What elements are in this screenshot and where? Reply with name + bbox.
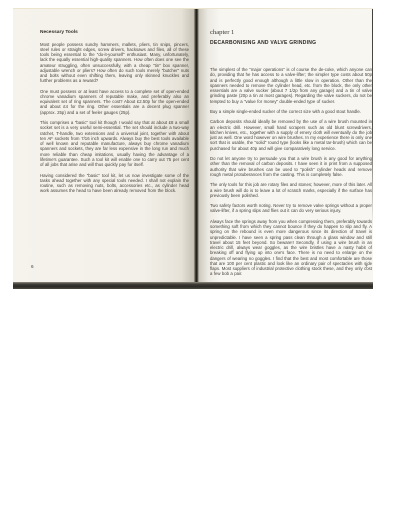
- right-page-paragraph: The simplest of the "major operations" i…: [210, 67, 372, 104]
- right-page-paragraph: The only tools for this job are rotary f…: [210, 182, 372, 198]
- right-page: chapter 1 DECARBONISING AND VALVE GRINDI…: [199, 9, 373, 282]
- book-bottom-edge-shadow: [13, 282, 373, 289]
- right-page-paragraph: Carbon deposits should ideally be remove…: [210, 119, 372, 151]
- chapter-label: chapter 1: [210, 29, 372, 36]
- left-page-text-column: Necessary Tools Most people possess sund…: [40, 30, 189, 199]
- chapter-title: DECARBONISING AND VALVE GRINDING: [210, 40, 372, 46]
- left-page-paragraph: This comprises a "basic" tool kit though…: [40, 120, 189, 167]
- right-page-paragraph: Buy a simple single-ended sucker of the …: [210, 109, 372, 114]
- right-page-paragraph: Two safety factors worth noting. Never t…: [210, 203, 372, 214]
- page-edge-shadow: [372, 9, 373, 282]
- right-page-body: The simplest of the "major operations" i…: [210, 67, 372, 277]
- right-page-text-column: chapter 1 DECARBONISING AND VALVE GRINDI…: [210, 29, 372, 282]
- left-page: Necessary Tools Most people possess sund…: [13, 9, 194, 282]
- open-book-photo: Necessary Tools Most people possess sund…: [11, 8, 378, 289]
- right-page-number: 7: [365, 264, 368, 269]
- left-page-paragraph: One must possess or at least have access…: [40, 89, 189, 115]
- left-page-number: 6: [31, 264, 34, 269]
- left-page-heading: Necessary Tools: [40, 30, 189, 36]
- right-page-paragraph: Do not let anyone try to persuade you th…: [210, 156, 372, 177]
- right-page-paragraph: Always face the springs away from you wh…: [210, 219, 372, 277]
- left-page-paragraph: Having considered the "basic" tool kit, …: [40, 173, 189, 194]
- left-page-paragraph: Most people possess sundry hammers, mall…: [40, 42, 189, 84]
